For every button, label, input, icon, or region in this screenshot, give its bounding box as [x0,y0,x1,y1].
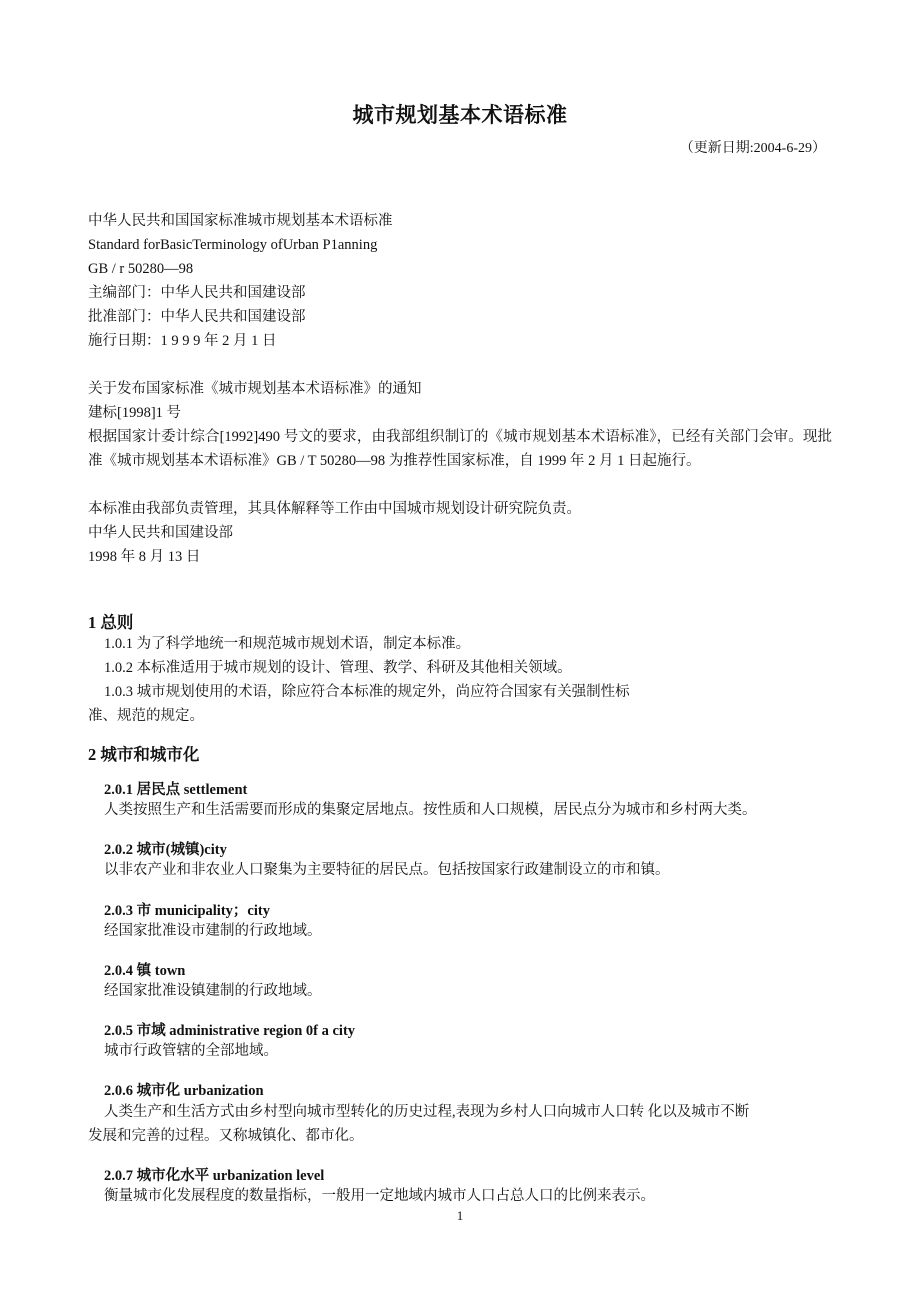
term-heading: 2.0.6 城市化 urbanization [104,1079,264,1100]
clause-1-0-3-cont: 准、规范的规定。 [88,704,204,728]
notice-management: 本标准由我部负责管理，其具体解释等工作由中国城市规划设计研究院负责。 [88,497,581,521]
term-definition: 城市行政管辖的全部地域。 [104,1039,278,1063]
notice-ref: 建标[1998]1 号 [88,401,181,425]
standard-name-en: Standard forBasicTerminology ofUrban P1a… [88,233,377,257]
term-definition: 以非农产业和非农业人口聚集为主要特征的居民点。包括按国家行政建制设立的市和镇。 [104,858,670,882]
term-definition: 经国家批准设镇建制的行政地域。 [104,979,322,1003]
standard-code: GB / r 50280—98 [88,257,193,281]
term-heading: 2.0.7 城市化水平 urbanization level [104,1164,324,1185]
approving-department: 批准部门：中华人民共和国建设部 [88,305,306,329]
term-heading: 2.0.5 市域 administrative region 0f a city [104,1019,355,1040]
notice-issuer: 中华人民共和国建设部 [88,521,233,545]
term-definition-cont: 发展和完善的过程。又称城镇化、都市化。 [88,1124,364,1148]
term-definition: 经国家批准设市建制的行政地域。 [104,919,322,943]
clause-1-0-1: 1.0.1 为了科学地统一和规范城市规划术语，制定本标准。 [104,632,470,656]
section-1-heading: 1 总则 [88,609,133,633]
term-heading: 2.0.1 居民点 settlement [104,778,247,799]
term-definition: 衡量城市化发展程度的数量指标，一般用一定地域内城市人口占总人口的比例来表示。 [104,1184,655,1208]
page-number: 1 [0,1208,920,1224]
term-definition: 人类生产和生活方式由乡村型向城市型转化的历史过程,表现为乡村人口向城市人口转 化… [104,1100,749,1124]
term-heading: 2.0.4 镇 town [104,959,185,980]
standard-name-cn: 中华人民共和国国家标准城市规划基本术语标准 [88,209,393,233]
notice-body: 根据国家计委计综合[1992]490 号文的要求，由我部组织制订的《城市规划基本… [88,425,832,473]
page-title: 城市规划基本术语标准 [0,99,920,129]
section-2-heading: 2 城市和城市化 [88,741,199,765]
notice-issue-date: 1998 年 8 月 13 日 [88,545,200,569]
term-definition: 人类按照生产和生活需要而形成的集聚定居地点。按性质和人口规模，居民点分为城市和乡… [104,798,757,822]
effective-date: 施行日期：1 9 9 9 年 2 月 1 日 [88,329,277,353]
notice-title: 关于发布国家标准《城市规划基本术语标准》的通知 [88,377,422,401]
update-date: （更新日期:2004-6-29） [680,137,826,157]
term-heading: 2.0.2 城市(城镇)city [104,838,227,859]
term-heading: 2.0.3 市 municipality；city [104,899,270,920]
editing-department: 主编部门：中华人民共和国建设部 [88,281,306,305]
clause-1-0-3: 1.0.3 城市规划使用的术语，除应符合本标准的规定外，尚应符合国家有关强制性标 [104,680,630,704]
clause-1-0-2: 1.0.2 本标准适用于城市规划的设计、管理、教学、科研及其他相关领域。 [104,656,572,680]
